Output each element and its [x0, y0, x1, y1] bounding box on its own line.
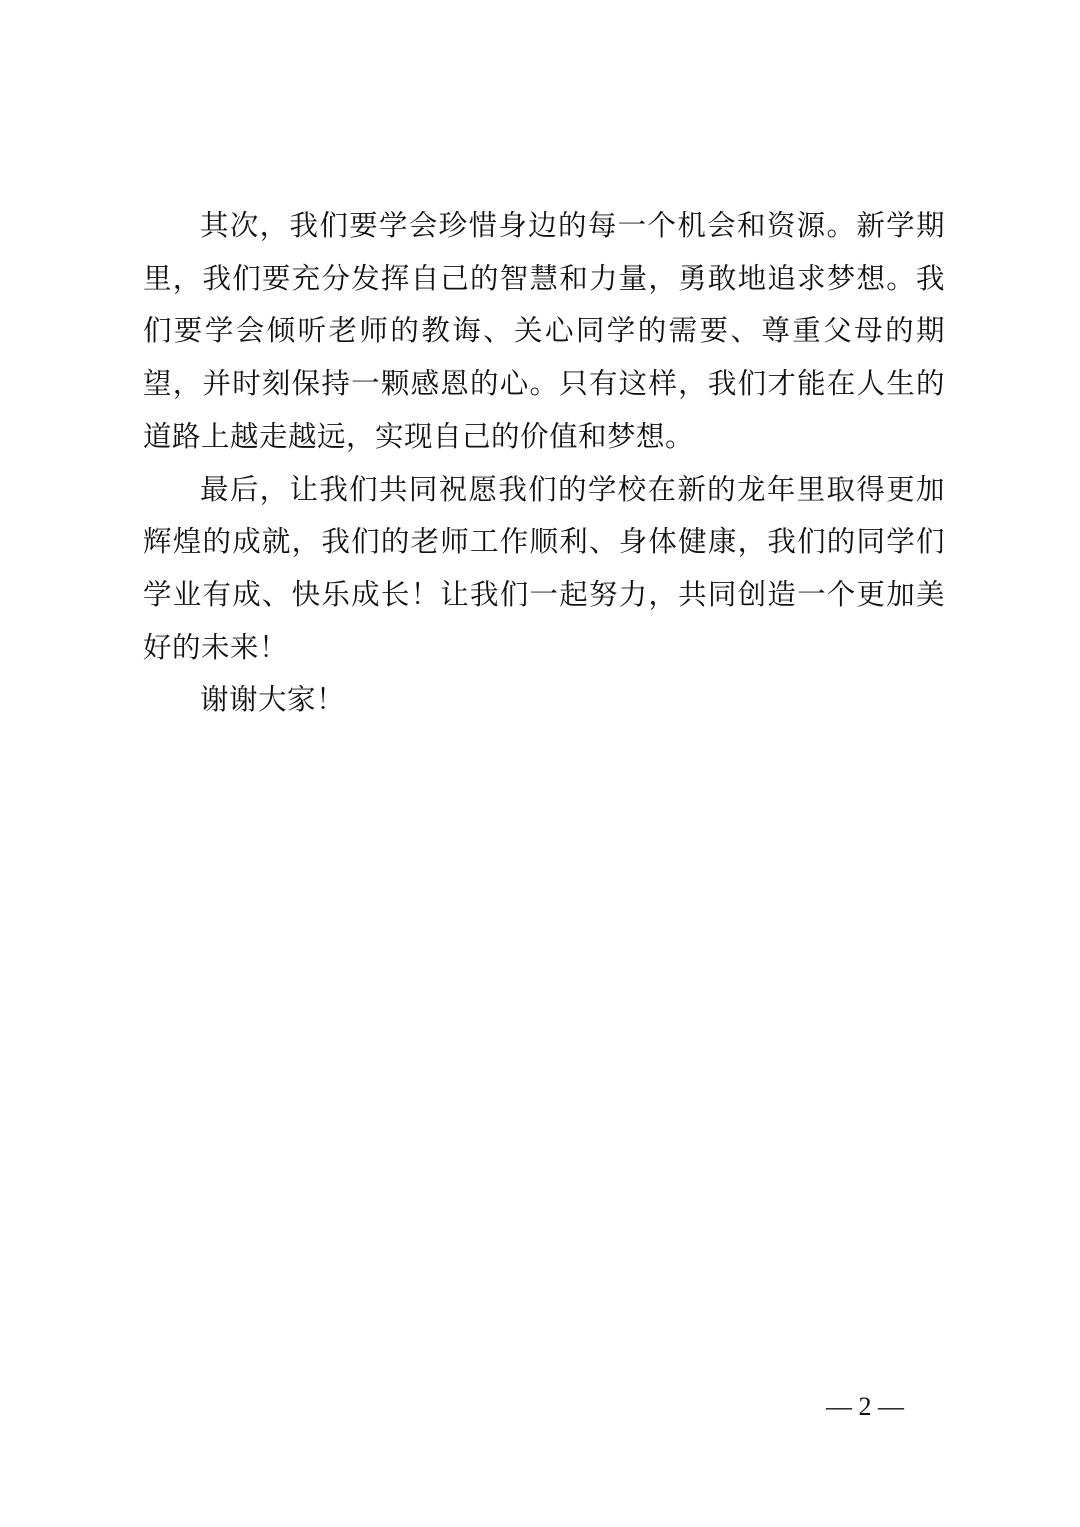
document-body: 其次，我们要学会珍惜身边的每一个机会和资源。新学期里，我们要充分发挥自己的智慧和…	[143, 200, 945, 727]
page-number: — 2 —	[800, 1392, 930, 1422]
paragraph-thanks: 谢谢大家！	[143, 674, 945, 727]
document-page: 其次，我们要学会珍惜身边的每一个机会和资源。新学期里，我们要充分发挥自己的智慧和…	[0, 0, 1080, 1527]
paragraph-closing-wishes: 最后，让我们共同祝愿我们的学校在新的龙年里取得更加辉煌的成就，我们的老师工作顺利…	[143, 464, 945, 675]
paragraph-cherish-opportunities: 其次，我们要学会珍惜身边的每一个机会和资源。新学期里，我们要充分发挥自己的智慧和…	[143, 200, 945, 464]
